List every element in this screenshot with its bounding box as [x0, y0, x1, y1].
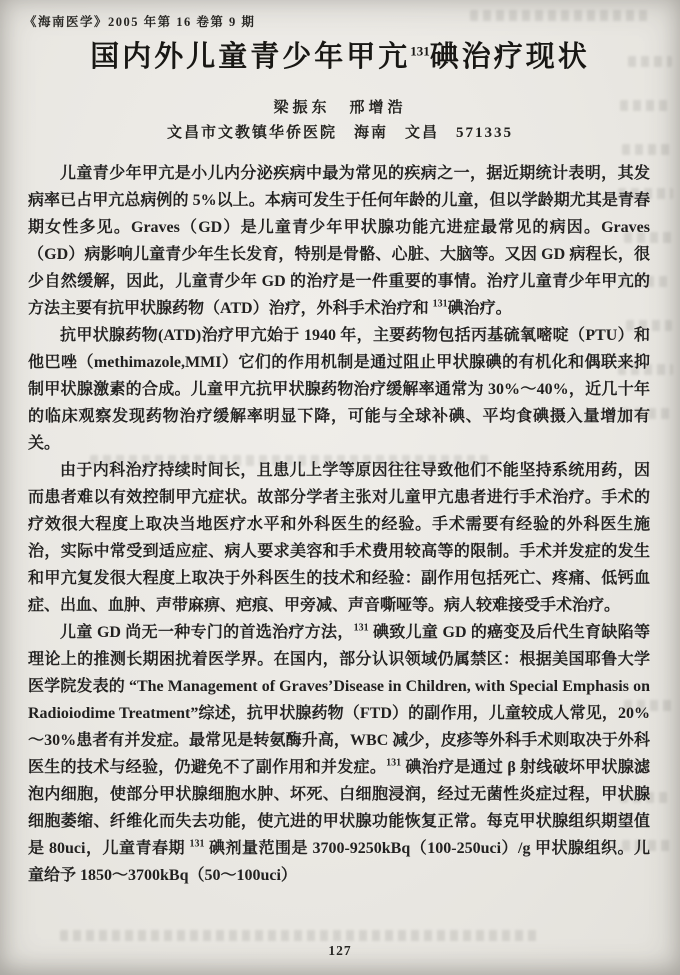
text-run: 由于内科治疗持续时间长，且患儿上学等原因往往导致他们不能坚持系统用药，因而患者难… — [28, 462, 650, 614]
superscript-isotope: 131 — [386, 758, 401, 769]
text-run: 碘治疗。 — [448, 300, 512, 317]
paragraph: 儿童 GD 尚无一种专门的首选治疗方法，131 碘致儿童 GD 的癌变及后代生育… — [28, 619, 650, 889]
text-run: 抗甲状腺药物(ATD)治疗甲亢始于 1940 年，主要药物包括丙基硫氧嘧啶（PT… — [28, 327, 650, 452]
journal-header: 《海南医学》2005 年第 16 卷第 9 期 — [24, 12, 255, 30]
text-run: 儿童青少年甲亢是小儿内分泌疾病中最为常见的疾病之一，据近期统计表明，其发病率已占… — [28, 165, 650, 317]
text-run: 碘治疗现状 — [430, 41, 590, 73]
superscript-isotope: 131 — [189, 839, 204, 850]
scanned-page: 《海南医学》2005 年第 16 卷第 9 期 国内外儿童青少年甲亢131碘治疗… — [0, 0, 680, 975]
text-run: 儿童 GD 尚无一种专门的首选治疗方法， — [60, 624, 354, 641]
affiliation: 文昌市文教镇华侨医院 海南 文昌 571335 — [0, 121, 680, 142]
superscript-isotope: 131 — [354, 623, 369, 634]
superscript-isotope: 131 — [433, 299, 448, 310]
authors: 梁振东 邢增浩 — [0, 96, 680, 117]
paragraph: 由于内科治疗持续时间长，且患儿上学等原因往往导致他们不能坚持系统用药，因而患者难… — [28, 457, 650, 619]
text-run: 碘致儿童 GD 的癌变及后代生育缺陷等理论上的推测长期困扰着医学界。在国内，部分… — [28, 624, 650, 776]
bleedthrough-artifact — [622, 144, 672, 155]
article-title: 国内外儿童青少年甲亢131碘治疗现状 — [0, 34, 680, 75]
superscript-isotope: 131 — [410, 43, 430, 58]
page-number: 127 — [0, 943, 680, 959]
article-body: 儿童青少年甲亢是小儿内分泌疾病中最为常见的疾病之一，据近期统计表明，其发病率已占… — [28, 160, 650, 933]
paragraph: 抗甲状腺药物(ATD)治疗甲亢始于 1940 年，主要药物包括丙基硫氧嘧啶（PT… — [28, 322, 650, 457]
bleedthrough-artifact — [470, 10, 650, 21]
text-run: 国内外儿童青少年甲亢 — [90, 41, 410, 73]
paragraph: 儿童青少年甲亢是小儿内分泌疾病中最为常见的疾病之一，据近期统计表明，其发病率已占… — [28, 160, 650, 322]
